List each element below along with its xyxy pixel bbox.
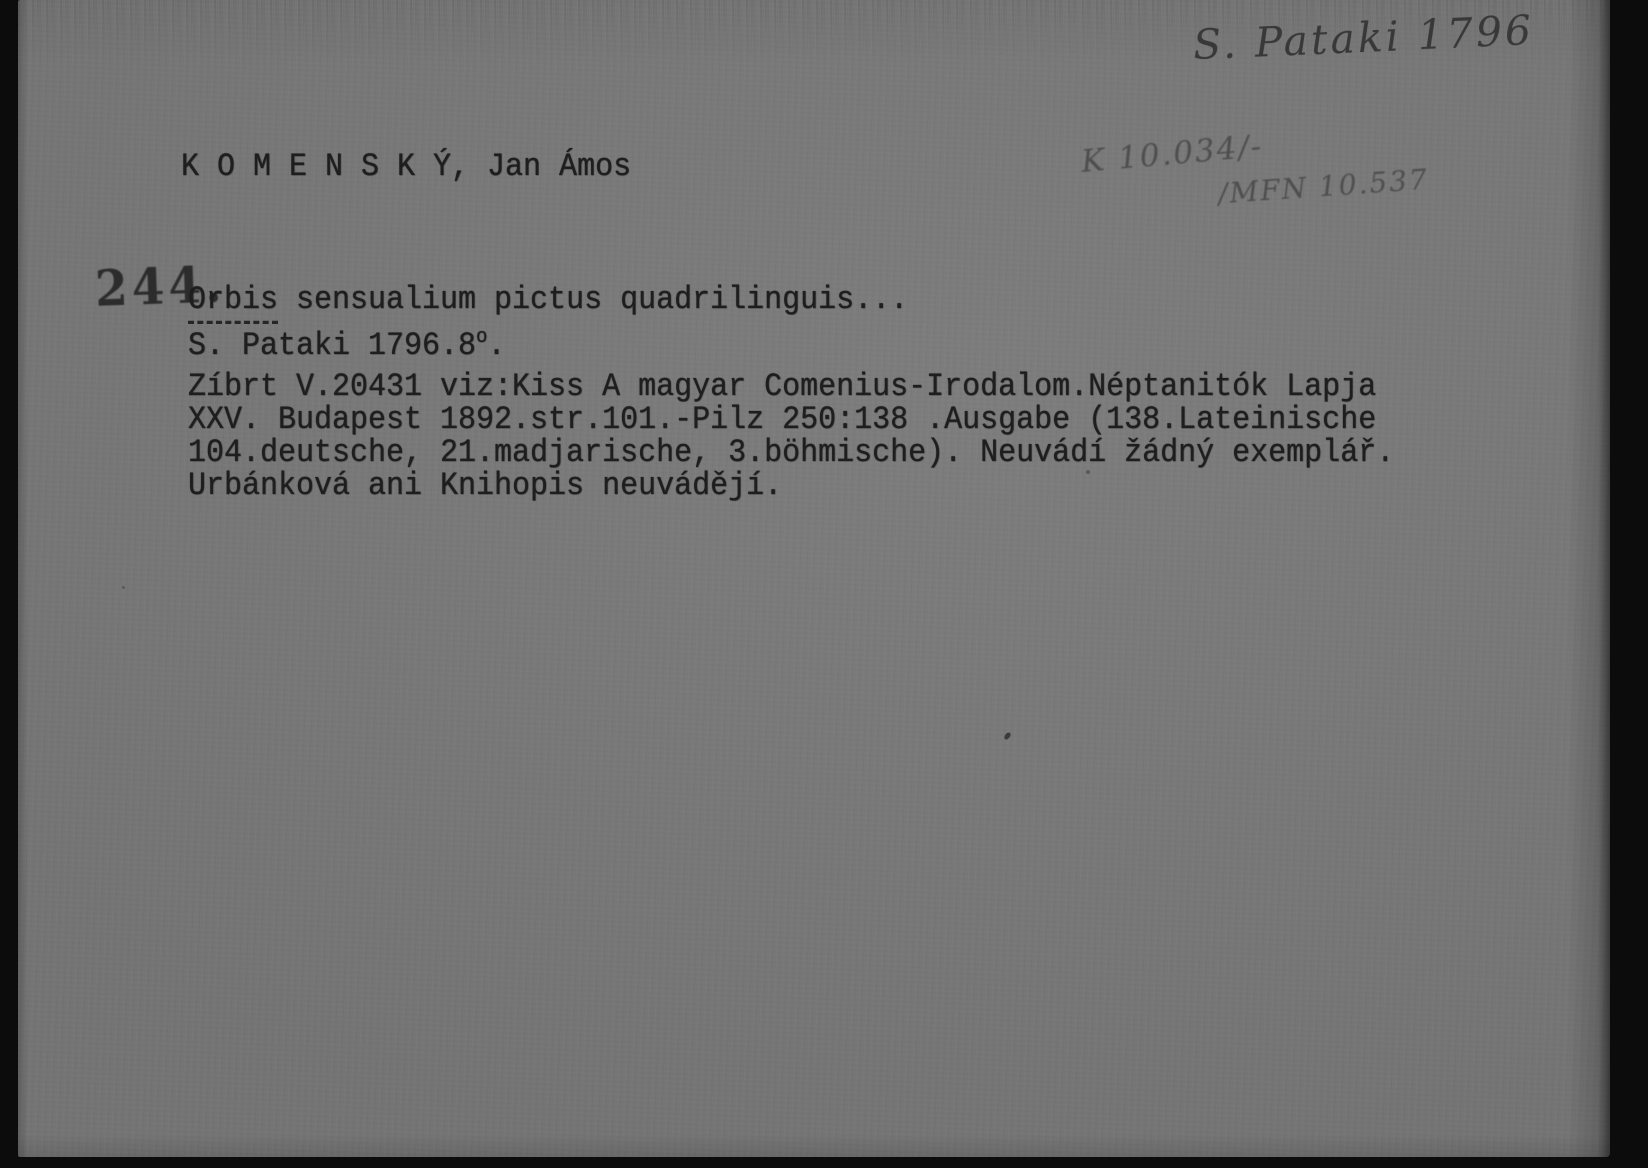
ink-speck: [122, 586, 125, 589]
author-heading: K O M E N S K Ý, Jan Ámos: [181, 150, 631, 186]
handwritten-annotation-top-right: S. Pataki 1796: [1192, 7, 1535, 70]
handwritten-shelfmark-line1: K 10.034/-: [1080, 128, 1265, 180]
catalog-card: S. Pataki 1796 K O M E N S K Ý, Jan Ámos…: [18, 0, 1610, 1157]
title-rest: sensualium pictus quadrilinguis...: [278, 282, 908, 319]
title-underlined-word: Orbis: [188, 282, 278, 324]
handwritten-shelfmark-line2: /MFN 10.537: [1217, 163, 1430, 211]
scanner-background: S. Pataki 1796 K O M E N S K Ý, Jan Ámos…: [0, 0, 1648, 1168]
imprint-tail: .: [487, 328, 505, 365]
imprint-line: S. Pataki 1796.8o.: [188, 329, 505, 365]
imprint-main: S. Pataki 1796.8: [188, 328, 476, 365]
reference-line-4: Urbánková ani Knihopis neuvádějí.: [188, 469, 782, 505]
reference-line-1: Zíbrt V.20431 viz:Kiss A magyar Comenius…: [188, 370, 1376, 406]
imprint-superscript: o: [476, 325, 487, 349]
entry-title: Orbis sensualium pictus quadrilinguis...: [188, 283, 908, 319]
reference-line-3: 104.deutsche, 21.madjarische, 3.böhmisch…: [188, 436, 1394, 472]
ink-speck: [1086, 470, 1090, 474]
ink-speck: [1003, 731, 1012, 740]
reference-line-2: XXV. Budapest 1892.str.101.-Pilz 250:138…: [188, 403, 1376, 439]
